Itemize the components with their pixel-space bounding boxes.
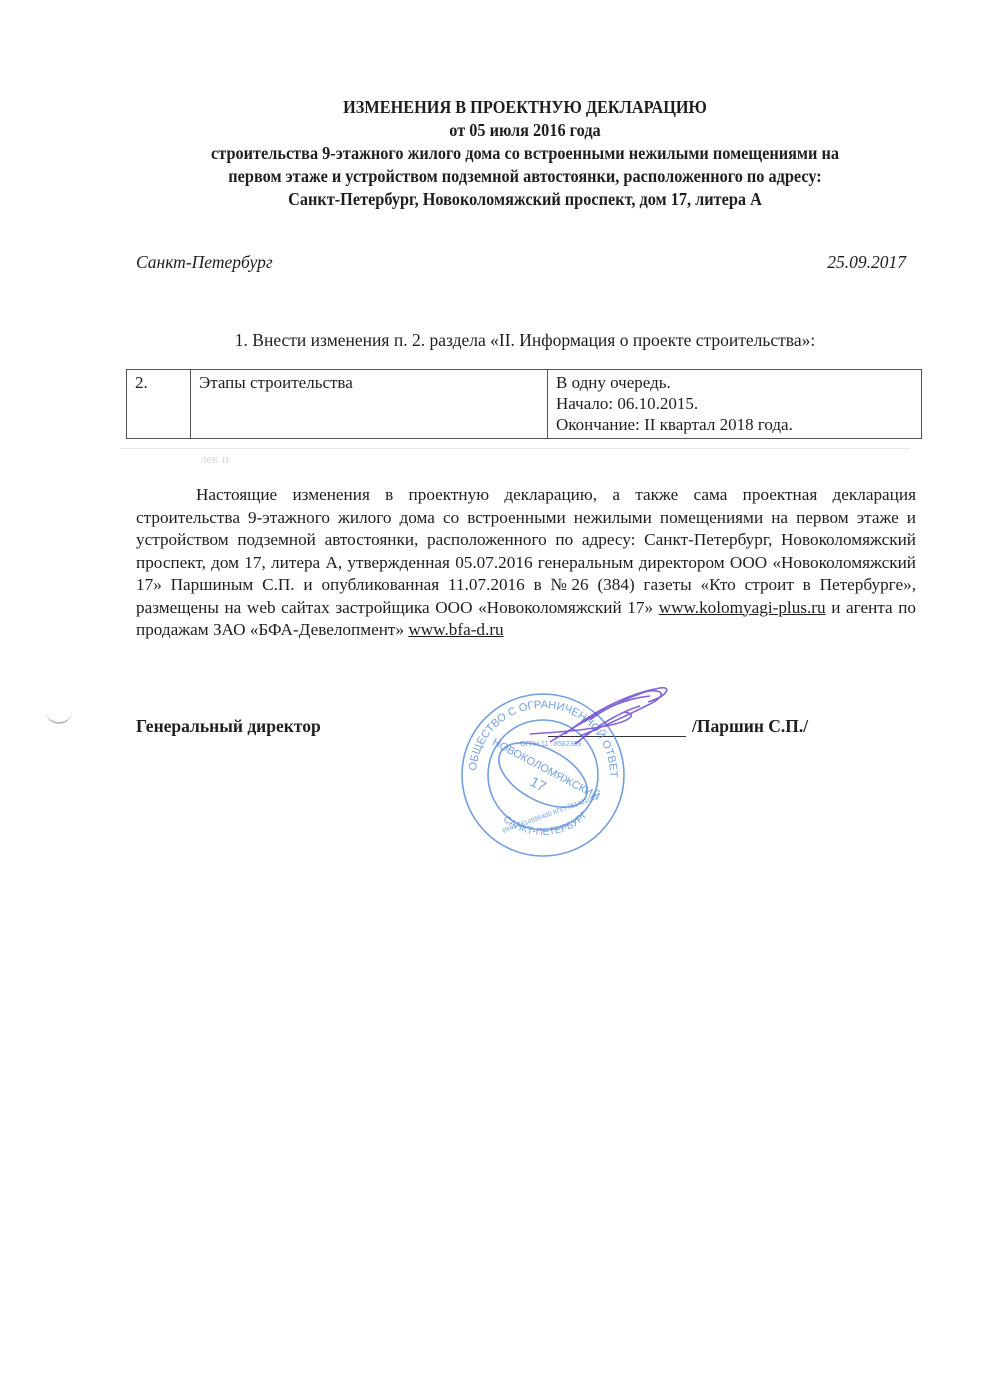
- document-title: ИЗМЕНЕНИЯ В ПРОЕКТНУЮ ДЕКЛАРАЦИЮ: [158, 96, 893, 119]
- construction-stages-table: 2. Этапы строительства В одну очередь. Н…: [126, 369, 922, 439]
- value-line: Окончание: II квартал 2018 года.: [556, 414, 913, 435]
- signatory-name: /Паршин С.П./: [692, 716, 808, 737]
- agent-website-link[interactable]: www.bfa-d.ru: [408, 620, 503, 639]
- subject-line-1: строительства 9-этажного жилого дома со …: [158, 142, 893, 165]
- declaration-date: от 05 июля 2016 года: [158, 119, 893, 142]
- value-line: В одну очередь.: [556, 372, 913, 393]
- subject-line-3: Санкт-Петербург, Новоколомяжский проспек…: [158, 188, 893, 211]
- document-place: Санкт-Петербург: [136, 252, 273, 273]
- developer-website-link[interactable]: www.kolomyagi-plus.ru: [659, 598, 826, 617]
- row-name: Этапы строительства: [191, 370, 548, 439]
- table-row: 2. Этапы строительства В одну очередь. Н…: [127, 370, 922, 439]
- signatory-role: Генеральный директор: [136, 716, 321, 737]
- scan-artifact-text: лек п: [200, 451, 229, 467]
- signature-icon: [520, 684, 680, 754]
- value-line: Начало: 06.10.2015.: [556, 393, 913, 414]
- subject-line-2: первом этаже и устройством подземной авт…: [158, 165, 893, 188]
- row-value: В одну очередь. Начало: 06.10.2015. Окон…: [548, 370, 922, 439]
- document-header: ИЗМЕНЕНИЯ В ПРОЕКТНУЮ ДЕКЛАРАЦИЮ от 05 и…: [158, 96, 893, 211]
- clause-1: 1. Внести изменения п. 2. раздела «II. И…: [130, 330, 920, 351]
- body-paragraph: Настоящие изменения в проектную декларац…: [136, 484, 916, 642]
- scan-artifact-line: [120, 448, 910, 469]
- scan-hole-mark: [46, 708, 72, 724]
- row-number: 2.: [127, 370, 191, 439]
- document-date: 25.09.2017: [827, 252, 906, 273]
